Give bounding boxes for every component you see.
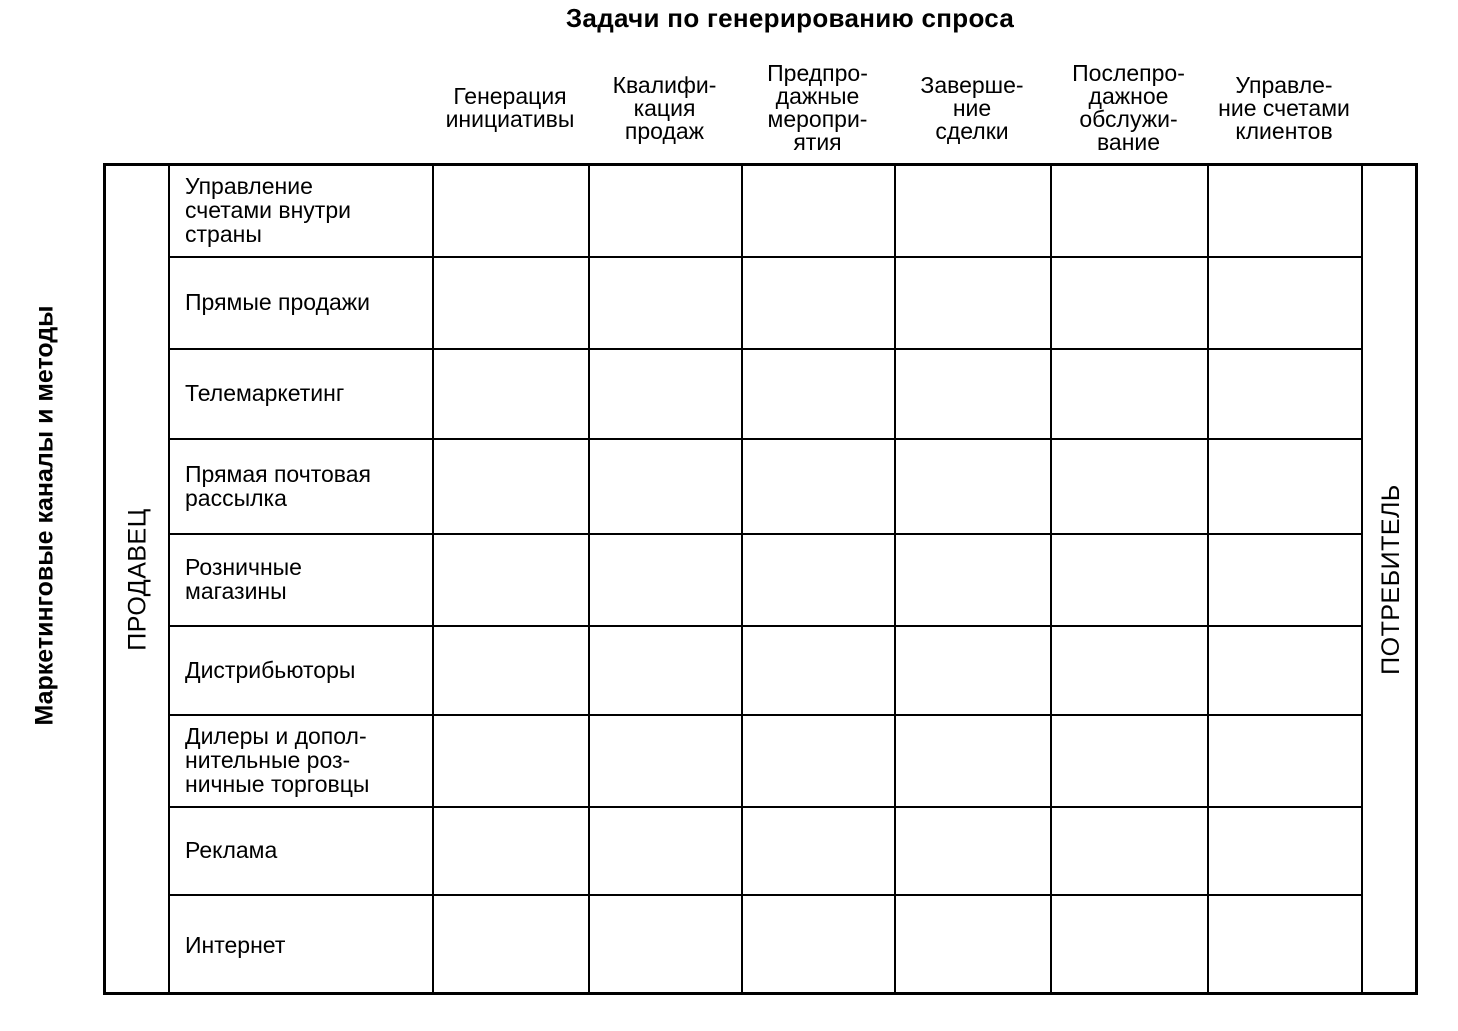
matrix-cell bbox=[432, 438, 588, 533]
matrix-cell bbox=[1207, 438, 1361, 533]
matrix-cell bbox=[1207, 625, 1361, 714]
matrix-cell bbox=[432, 806, 588, 894]
matrix-cell bbox=[1207, 533, 1361, 625]
matrix-cell bbox=[1050, 348, 1207, 438]
consumer-label: ПОТРЕБИТЕЛЬ bbox=[1377, 484, 1406, 675]
seller-column: ПРОДАВЕЦ bbox=[106, 166, 171, 992]
matrix-cell bbox=[1050, 714, 1207, 806]
row-label: Дилеры и допол- нительные роз- ничные то… bbox=[171, 714, 433, 806]
consumer-column: ПОТРЕБИТЕЛЬ bbox=[1364, 166, 1418, 992]
matrix-cell bbox=[894, 533, 1050, 625]
matrix-cell bbox=[741, 438, 894, 533]
column-header: Заверше- ние сделки bbox=[888, 56, 1056, 160]
matrix-cell bbox=[432, 256, 588, 348]
matrix-cell bbox=[741, 806, 894, 894]
matrix-cell bbox=[741, 625, 894, 714]
matrix-cell bbox=[1207, 894, 1361, 995]
row-label: Прямые продажи bbox=[171, 256, 433, 348]
matrix-cell bbox=[432, 625, 588, 714]
matrix-cell bbox=[588, 533, 741, 625]
matrix-cell bbox=[741, 533, 894, 625]
matrix-cell bbox=[432, 348, 588, 438]
matrix-cell bbox=[1050, 163, 1207, 256]
matrix-cell bbox=[894, 163, 1050, 256]
matrix-cell bbox=[741, 256, 894, 348]
matrix-cell bbox=[1050, 438, 1207, 533]
matrix-cell bbox=[588, 894, 741, 995]
matrix-cell bbox=[588, 163, 741, 256]
page-title: Задачи по генерированию спроса bbox=[420, 0, 1160, 36]
matrix-cell bbox=[1207, 806, 1361, 894]
matrix-cell bbox=[432, 894, 588, 995]
grid-divider-vertical bbox=[1361, 166, 1363, 992]
matrix-cell bbox=[741, 348, 894, 438]
matrix-cell bbox=[588, 438, 741, 533]
row-label: Управление счетами внутри страны bbox=[171, 163, 433, 256]
matrix-cell bbox=[1207, 714, 1361, 806]
row-label: Дистрибьюторы bbox=[171, 625, 433, 714]
matrix-cell bbox=[1050, 256, 1207, 348]
side-axis-title-text: Маркетинговые каналы и методы bbox=[31, 305, 60, 725]
row-label: Прямая почтовая рассылка bbox=[171, 438, 433, 533]
column-header: Генерация инициативы bbox=[426, 56, 594, 160]
row-label: Телемаркетинг bbox=[171, 348, 433, 438]
matrix-cell bbox=[588, 625, 741, 714]
row-label: Розничные магазины bbox=[171, 533, 433, 625]
row-label: Реклама bbox=[171, 806, 433, 894]
matrix-cell bbox=[1207, 163, 1361, 256]
seller-label: ПРОДАВЕЦ bbox=[124, 508, 153, 650]
matrix-cell bbox=[1050, 533, 1207, 625]
matrix-cell bbox=[1050, 625, 1207, 714]
matrix-cell bbox=[894, 714, 1050, 806]
grid-divider-vertical bbox=[168, 166, 170, 992]
matrix-cell bbox=[1050, 806, 1207, 894]
matrix-cell bbox=[588, 256, 741, 348]
matrix-cell bbox=[894, 348, 1050, 438]
matrix-cell bbox=[894, 894, 1050, 995]
column-header: Предпро- дажные меропри- ятия bbox=[735, 56, 900, 160]
side-axis-title: Маркетинговые каналы и методы bbox=[0, 250, 90, 780]
matrix-cell bbox=[741, 714, 894, 806]
matrix-cell bbox=[588, 806, 741, 894]
matrix-cell bbox=[588, 714, 741, 806]
column-header: Послепро- дажное обслужи- вание bbox=[1044, 56, 1213, 160]
matrix-cell bbox=[432, 714, 588, 806]
matrix-cell bbox=[894, 438, 1050, 533]
column-header: Квалифи- кация продаж bbox=[582, 56, 747, 160]
matrix-cell bbox=[432, 163, 588, 256]
matrix-cell bbox=[432, 533, 588, 625]
matrix-cell bbox=[1050, 894, 1207, 995]
matrix-cell bbox=[894, 625, 1050, 714]
matrix-cell bbox=[1207, 348, 1361, 438]
matrix-cell bbox=[1207, 256, 1361, 348]
matrix-cell bbox=[894, 256, 1050, 348]
row-label: Интернет bbox=[171, 894, 433, 995]
matrix-cell bbox=[741, 894, 894, 995]
matrix-cell bbox=[741, 163, 894, 256]
column-header: Управле- ние счетами клиентов bbox=[1201, 56, 1367, 160]
matrix-cell bbox=[588, 348, 741, 438]
matrix-cell bbox=[894, 806, 1050, 894]
channel-task-matrix: ПРОДАВЕЦ ПОТРЕБИТЕЛЬ Управление счетами … bbox=[103, 163, 1418, 995]
